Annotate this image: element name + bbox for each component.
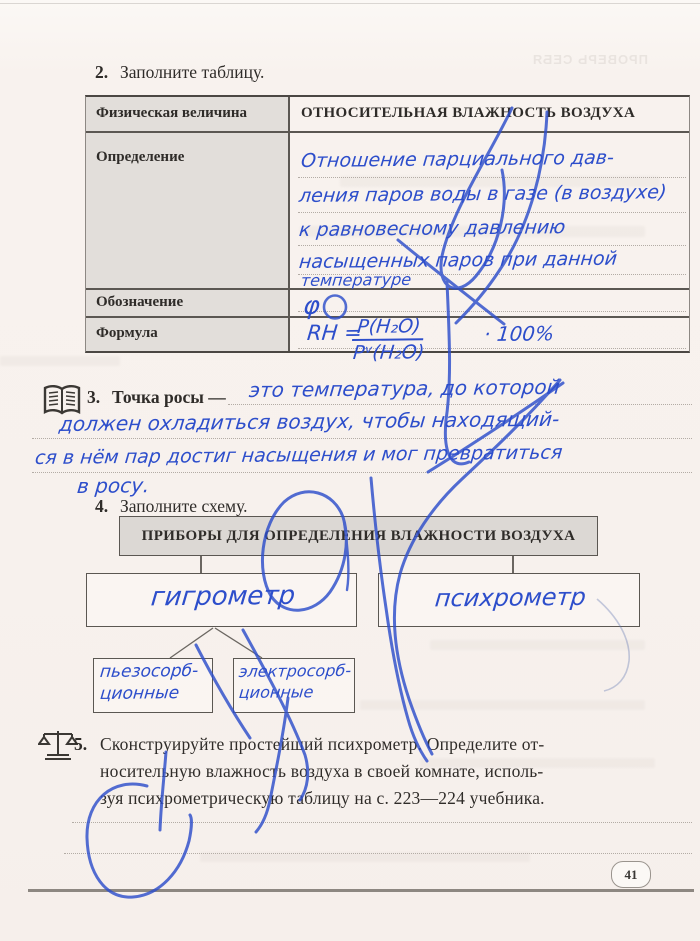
page-number-badge: 41 (611, 861, 651, 888)
table-row1-label: Физическая величина (96, 105, 247, 122)
task3-title: Точка росы — (112, 387, 226, 408)
workbook-page: ПРОВЕРЬ СЕБЯ 2. Заполните таблицу. Физич… (0, 0, 700, 941)
table-column-divider (288, 97, 290, 351)
subbox-label-line: ционные (238, 682, 356, 702)
bleed-through (0, 356, 120, 366)
table-row2-label: Определение (96, 149, 184, 166)
handwritten-answer-line: ся в нём пар достиг насыщения и мог прев… (34, 441, 563, 469)
bleed-through-header: ПРОВЕРЬ СЕБЯ (478, 52, 648, 67)
formula-numerator: P(H₂O) (352, 315, 426, 341)
table-row1-value: ОТНОСИТЕЛЬНАЯ ВЛАЖНОСТЬ ВОЗДУХА (301, 105, 635, 122)
table-row4-label: Формула (96, 325, 158, 342)
subbox-label-line: ционные (99, 683, 214, 704)
bleed-through (360, 700, 645, 710)
subbox-label-line: электросорб- (238, 661, 356, 681)
page-bottom-rule (28, 889, 694, 892)
scales-icon (38, 727, 78, 763)
scheme-connector (200, 556, 202, 573)
table-left-column (86, 97, 288, 351)
table-row-divider (86, 131, 689, 133)
scheme-connector (512, 556, 514, 573)
answer-line (32, 438, 692, 439)
subbox-label-line: пьезосорб- (99, 661, 214, 682)
answer-line (72, 822, 692, 823)
answer-line (64, 853, 692, 854)
task2-title: Заполните таблицу. (120, 62, 264, 83)
answer-line (228, 404, 692, 405)
scheme-left-box: гигрометр (86, 573, 357, 627)
bleed-through (430, 640, 645, 650)
page-top-edge (0, 3, 700, 4)
formula-factor: · 100% (483, 321, 555, 346)
formula-denominator: Pᵛ(H₂O) (352, 341, 425, 364)
handwritten-definition-line: ления паров воды в газе (в воздухе) (298, 181, 668, 207)
handwritten-answer-line: должен охладиться воздух, чтобы находящи… (58, 407, 561, 436)
task4-title: Заполните схему. (120, 496, 248, 517)
scheme-root-box: ПРИБОРЫ ДЛЯ ОПРЕДЕЛЕНИЯ ВЛАЖНОСТИ ВОЗДУХ… (119, 516, 598, 556)
answer-line (298, 177, 686, 178)
formula-fraction: P(H₂O) Pᵛ(H₂O) (352, 316, 423, 364)
scheme-right-box: психрометр (378, 573, 640, 627)
scheme-right-label: психрометр (379, 582, 642, 613)
scheme-subbox-electro: электросорб- ционные (233, 658, 355, 713)
task5-text-line: носительную влажность воздуха в своей ко… (100, 761, 694, 782)
handwritten-answer-line: это температура, до которой (248, 375, 561, 402)
task5-number: 5. (74, 734, 87, 755)
answer-line (298, 212, 686, 213)
scheme-left-label: гигрометр (87, 580, 359, 613)
page-number: 41 (625, 867, 638, 883)
handwritten-definition-line: насыщенных паров при данной (298, 248, 618, 273)
answer-line (298, 311, 686, 312)
handwritten-answer-line: в росу. (76, 473, 151, 498)
task5-text-line: зуя психрометрическую таблицу на с. 223—… (100, 788, 694, 809)
scheme-root-label: ПРИБОРЫ ДЛЯ ОПРЕДЕЛЕНИЯ ВЛАЖНОСТИ ВОЗДУХ… (142, 528, 576, 545)
task3-number: 3. (87, 387, 100, 408)
scheme-subbox-piezo: пьезосорб- ционные (93, 658, 213, 713)
answer-line (298, 245, 686, 246)
task2-number: 2. (95, 62, 108, 83)
task4-number: 4. (95, 496, 108, 517)
handwritten-symbol: φ (302, 291, 321, 320)
task5-text-line: Сконструируйте простейший психрометр. Оп… (100, 734, 694, 755)
table-row3-label: Обозначение (96, 294, 183, 311)
handwritten-definition-line: к равновесному давлению (298, 216, 566, 241)
handwritten-definition-line: Отношение парциального дав- (300, 147, 615, 172)
handwritten-definition-line: температуре (300, 270, 412, 290)
